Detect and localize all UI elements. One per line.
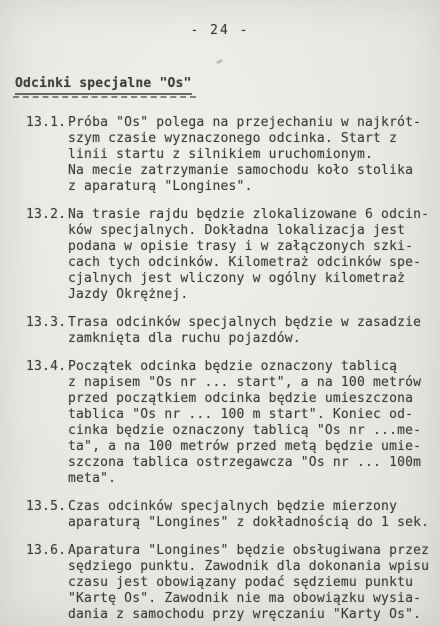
paragraph-number: 13.1. — [26, 115, 68, 131]
section-heading: Odcinki specjalne "Os" — [15, 76, 192, 95]
paragraph-number: 13.6. — [26, 543, 68, 559]
paragraph-number: 13.3. — [26, 315, 68, 331]
paragraph-number: 13.2. — [26, 207, 68, 223]
paragraph-13-1: 13.1. Próba "Os" polega na przejechaniu … — [0, 115, 440, 195]
heading-row: Odcinki specjalne "Os" — [0, 39, 440, 95]
paragraph-13-3: 13.3. Trasa odcinków specjalnych będzie … — [0, 315, 440, 347]
paragraph-text: Trasa odcinków specjalnych będzie w zasa… — [68, 315, 440, 347]
paragraph-13-5: 13.5. Czas odcinków specjalnych będzie m… — [0, 499, 440, 531]
paragraph-text: Czas odcinków specjalnych będzie mierzon… — [68, 499, 440, 531]
paragraph-text: Na trasie rajdu będzie zlokalizowane 6 o… — [68, 207, 440, 303]
paragraph-text: Próba "Os" polega na przejechaniu w najk… — [68, 115, 440, 195]
paragraph-text: Początek odcinka będzie oznaczony tablic… — [68, 359, 440, 487]
paragraph-13-2: 13.2. Na trasie rajdu będzie zlokalizowa… — [0, 207, 440, 303]
page-number: - 24 - — [0, 0, 440, 39]
paragraph-13-6: 13.6. Aparatura "Longines" będzie obsług… — [0, 543, 440, 623]
document-body: 13.1. Próba "Os" polega na przejechaniu … — [0, 115, 440, 623]
paragraph-number: 13.5. — [26, 499, 68, 515]
paragraph-number: 13.4. — [26, 359, 68, 375]
paragraph-13-4: 13.4. Początek odcinka będzie oznaczony … — [0, 359, 440, 487]
document-page: - 24 - Odcinki specjalne "Os" 13.1. Prób… — [0, 0, 440, 626]
paragraph-text: Aparatura "Longines" będzie obsługiwana … — [68, 543, 440, 623]
